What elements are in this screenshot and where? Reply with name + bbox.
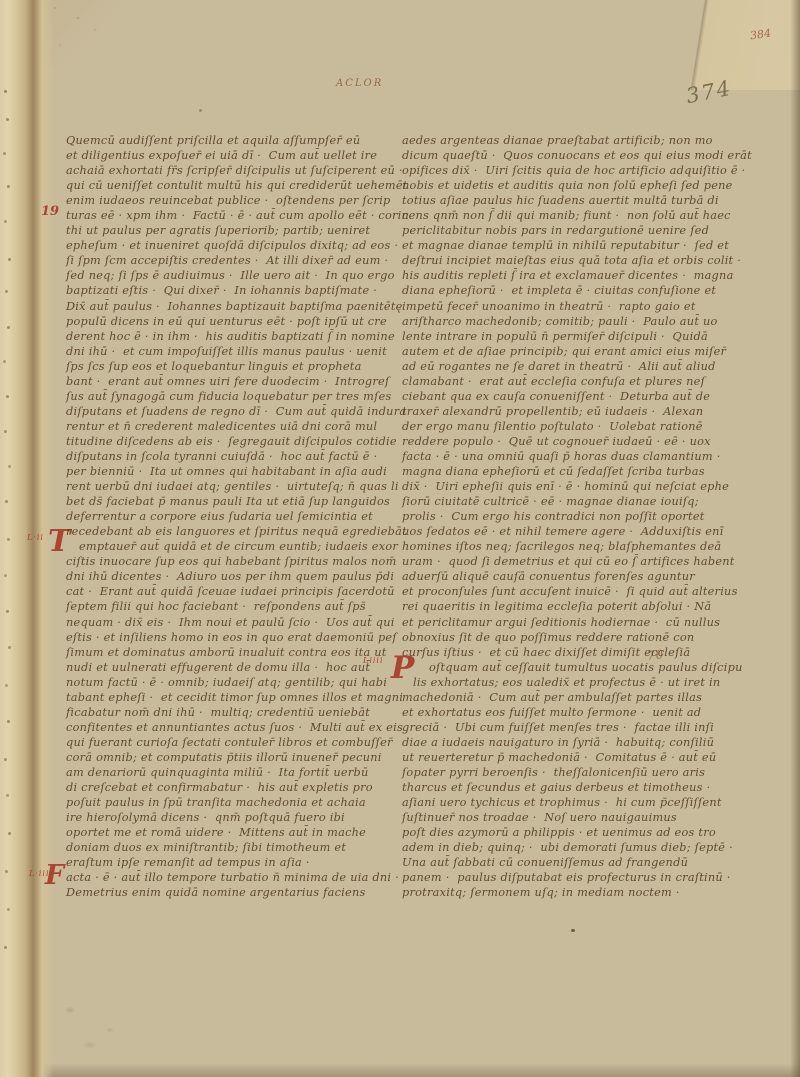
text-line: rei quaeritis in legitima eccleſia poter… (402, 599, 742, 614)
text-line: ſeptem filii qui hoc faciebant · reſpond… (66, 599, 402, 614)
text-line: rent uerbū dni iudaei atq; gentiles · ui… (66, 479, 402, 494)
text-line: diana epheſiorū · et impleta ē · ciuitas… (402, 283, 742, 298)
text-line: tharcus et ſecundus et gaius derbeus et … (402, 780, 742, 795)
text-line: ariſtharco machedonib; comitib; pauli · … (402, 314, 742, 329)
text-line: protraxitq; ſermonem uſq; in mediam noct… (402, 885, 742, 900)
text-line: Dix̄ aut̄ paulus · Iohannes baptizauit b… (66, 299, 402, 314)
text-line: baptizati eſtis · Qui dixer̄ · In iohann… (66, 283, 402, 298)
text-line: ciebant qua ex cauſa conueniſſent · Detu… (402, 389, 742, 404)
text-line: nudi et uulnerati effugerent de domu ill… (66, 660, 402, 675)
text-line: homines iſtos neq; ſacrilegos neq; blaſp… (402, 539, 742, 554)
text-line: greciā · Ubi cum fuiſſet menſes tres · f… (402, 720, 742, 735)
text-line: di creſcebat et confirmabatur · his aut̄… (66, 780, 402, 795)
text-line: ficabatur nom̄ dni ihū · multiq; credent… (66, 705, 402, 720)
parchment-page: ACLOR 384 374 19 L·ii L·iii Liiii 70 T F… (0, 0, 800, 1077)
page-bottom-edge-shadow (0, 1063, 800, 1077)
text-line: prolis · Cum ergo his contradici non poſ… (402, 509, 742, 524)
text-line: Una aut̄ ſabbati cū conueniſſemus ad fra… (402, 855, 742, 870)
text-line: der ergo manu ſilentio poſtulato · Uoleb… (402, 419, 742, 434)
text-line: ciſtis inuocare ſup eos qui habebant ſpi… (66, 554, 402, 569)
text-line: oportet me et romā uidere · Mittens aut̄… (66, 825, 402, 840)
text-line: emptauer̄ aut̄ quidā et de circum euntib… (66, 539, 402, 554)
text-line: ſed neq; ſi ſps ē audiuimus · Ille uero … (66, 268, 402, 283)
text-line: turas eē · xpm ihm · Factū · ē · aut̄ cu… (66, 208, 402, 223)
text-line: derent hoc ē · in ihm · his auditis bapt… (66, 329, 402, 344)
parchment-stain (50, 990, 170, 1060)
text-line: eſtis · et inſiliens homo in eos in quo … (66, 630, 402, 645)
text-line: clamabant · erat aut̄ eccleſia confuſa e… (402, 374, 742, 389)
text-line: am denariorū quinquaginta miliū · Ita fo… (66, 765, 402, 780)
text-line: obnoxius ſit de quo poſſimus reddere rat… (402, 630, 742, 645)
text-line: facta · ē · una omniū quaſi p̄ horas dua… (402, 449, 742, 464)
text-line: bant · erant aut̄ omnes uiri fere duodec… (66, 374, 402, 389)
text-line: impetū fecer̄ unoanimo in theatrū · rapt… (402, 299, 742, 314)
running-title: ACLOR (336, 78, 383, 89)
text-line: qui cū ueniſſet contulit multū his qui c… (66, 178, 402, 193)
text-line: diae a iudaeis nauigaturo in ſyriā · hab… (402, 735, 742, 750)
text-line: periclitabitur nobis pars in redargution… (402, 223, 742, 238)
text-line: Quemcū audiſſent priſcilla et aquila aſſ… (66, 133, 402, 148)
text-line: cat · Erant aut̄ quidā ſceuae iudaei pri… (66, 584, 402, 599)
rubric-initial-f: F (45, 860, 64, 891)
text-line: magna diana epheſiorū et cū ſedaſſet ſcr… (402, 464, 742, 479)
page-right-edge-shadow (790, 0, 800, 1077)
text-line: ſus aut̄ ſynagogā cum fiducia loquebatur… (66, 389, 402, 404)
text-line: et periclitamur argui ſeditionis hodiern… (402, 615, 742, 630)
text-line: nobis et uidetis et auditis quia non ſol… (402, 178, 742, 193)
text-line: recedebant ab eis languores et ſpiritus … (66, 524, 402, 539)
ink-dot (571, 929, 575, 932)
text-line: uos ſedatos eē · et nihil temere agere ·… (402, 524, 742, 539)
text-line: rentur et n̄ crederent maledicentes uiā … (66, 419, 402, 434)
text-line: acta · ē · aut̄ illo tempore turbatio n̄… (66, 870, 402, 885)
text-line: oſtquam aut̄ ceſſauit tumultus uocatis p… (402, 660, 742, 675)
text-line: diſputans et ſuadens de regno dī · Cum a… (66, 404, 402, 419)
text-line: reddere populo · Quē ut cognouer̄ iudaeū… (402, 434, 742, 449)
text-line: confitentes et annuntiantes actus ſuos ·… (66, 720, 402, 735)
text-line: dicum quaeſtū · Quos conuocans et eos qu… (402, 148, 742, 163)
text-line: cens qnm̄ non ſ̄ dii qui manib; fiunt · … (402, 208, 742, 223)
text-line: ſps ſcs ſup eos et loquebantur linguis e… (66, 359, 402, 374)
text-line: enim iudaeos reuincebat publice · oſtend… (66, 193, 402, 208)
section-number-lii: L·ii (27, 533, 44, 542)
text-line: thi ut paulus per agratis ſuperiorib; pa… (66, 223, 402, 238)
text-line: titudine diſcedens ab eis · ſegregauit d… (66, 434, 402, 449)
text-line: dni ihū · et cum impoſuiſſet illis manus… (66, 344, 402, 359)
text-line: curſus iſtius · et cū haec dixiſſet dimi… (402, 645, 742, 660)
text-line: panem · paulus diſputabat eis profecturu… (402, 870, 742, 885)
text-line: ſuſtinuer̄ nos troadae · Noſ uero nauiga… (402, 810, 742, 825)
text-column-left: Quemcū audiſſent priſcilla et aquila aſſ… (66, 133, 402, 900)
page-top-right-edge (570, 0, 800, 90)
text-line: achaiā exhortati fr̄s ſcripſer̄ diſcipul… (66, 163, 402, 178)
text-line: epheſum · et inueniret quoſdā diſcipulos… (66, 238, 402, 253)
text-line: deferrentur a corpore eius ſudaria uel ſ… (66, 509, 402, 524)
text-line: traxer̄ alexandrū propellentib; eū iudae… (402, 404, 742, 419)
text-line: qui fuerant curioſa ſectati contuler̄ li… (66, 735, 402, 750)
text-line: bet ds̄ faciebat p̄ manus pauli Ita ut e… (66, 494, 402, 509)
text-line: et exhortatus eos fuiſſet multo ſermone … (402, 705, 742, 720)
text-line: ſimum et dominatus amborū inualuit contr… (66, 645, 402, 660)
ink-dot (199, 109, 202, 112)
text-line: ſiorū ciuitatē cultricē · eē · magnae di… (402, 494, 742, 509)
text-line: autem et de aſiae principib; qui erant a… (402, 344, 742, 359)
text-line: et magnae dianae templū in nihilū reputa… (402, 238, 742, 253)
text-line: aedes argenteas dianae praeſtabat artifi… (402, 133, 742, 148)
text-line: dix̄ · Uiri epheſii quis enī · ē · homin… (402, 479, 742, 494)
text-line: corā omnib; et computatis p̄tiis illorū … (66, 750, 402, 765)
text-line: diſputans in ſcola tyranni cuiuſdā · hoc… (66, 449, 402, 464)
text-line: aduerſū aliquē cauſā conuentus forenſes … (402, 569, 742, 584)
text-line: aſiani uero tychicus et trophimus · hi c… (402, 795, 742, 810)
text-line: adem in dieb; quinq; · ubi demorati ſumu… (402, 840, 742, 855)
previous-leaf-edge-fragments (4, 90, 7, 93)
text-line: ire hieroſolymā dicens · qnm̄ poſtquā fu… (66, 810, 402, 825)
text-line: ſi ſpm ſcm accepiſtis credentes · At ill… (66, 253, 402, 268)
text-line: eraſtum ipſe remanſit ad tempus in aſia … (66, 855, 402, 870)
text-line: machedoniā · Cum aut̄ per ambulaſſet par… (402, 690, 742, 705)
text-column-right: aedes argenteas dianae praeſtabat artifi… (402, 133, 742, 900)
text-line: dni ihū dicentes · Adiuro uos per ihm qu… (66, 569, 402, 584)
text-line: ſopater pyrri beroenſis · theſſalonicenſ… (402, 765, 742, 780)
text-line: poſuit paulus in ſpū tranſita machedonia… (66, 795, 402, 810)
text-line: ad eū rogantes ne ſe daret in theatrū · … (402, 359, 742, 374)
text-line: doniam duos ex miniſtrantib; ſibi timoth… (66, 840, 402, 855)
text-line: lente intrare in populū n̄ permiſer̄ diſ… (402, 329, 742, 344)
text-line: Demetrius enim quidā nomine argentarius … (66, 885, 402, 900)
text-line: populū dicens in eū qui uenturus eēt · p… (66, 314, 402, 329)
text-line: poſt dies azymorū a philippis · et uenim… (402, 825, 742, 840)
text-line: uram · quod ſi demetrius et qui cū eo ſ̄… (402, 554, 742, 569)
text-line: ut reuerteretur p̄ machedoniā · Comitatu… (402, 750, 742, 765)
text-line: et proconſules ſunt accuſent inuicē · ſi… (402, 584, 742, 599)
text-line: tabant epheſi · et cecidit timor ſup omn… (66, 690, 402, 705)
text-line: lis exhortatus; eos ualedix̄ et profectu… (402, 675, 742, 690)
text-line: totius aſiae paulus hic ſuadens auertit … (402, 193, 742, 208)
text-line: per bienniū · Ita ut omnes qui habitaban… (66, 464, 402, 479)
text-line: nequam · dix̄ eis · Ihm noui et paulū ſc… (66, 615, 402, 630)
text-line: his auditis repleti ſ̄ ira et exclamauer… (402, 268, 742, 283)
chapter-number-rubric: 19 (41, 204, 59, 219)
text-line: et diligentius expoſuer̄ ei uiā dī · Cum… (66, 148, 402, 163)
text-line: opifices dix̄ · Uiri ſcitis quia de hoc … (402, 163, 742, 178)
text-line: notum factū · ē · omnib; iudaeiſ atq; ge… (66, 675, 402, 690)
text-line: deſtrui incipiet maieſtas eius quā tota … (402, 253, 742, 268)
